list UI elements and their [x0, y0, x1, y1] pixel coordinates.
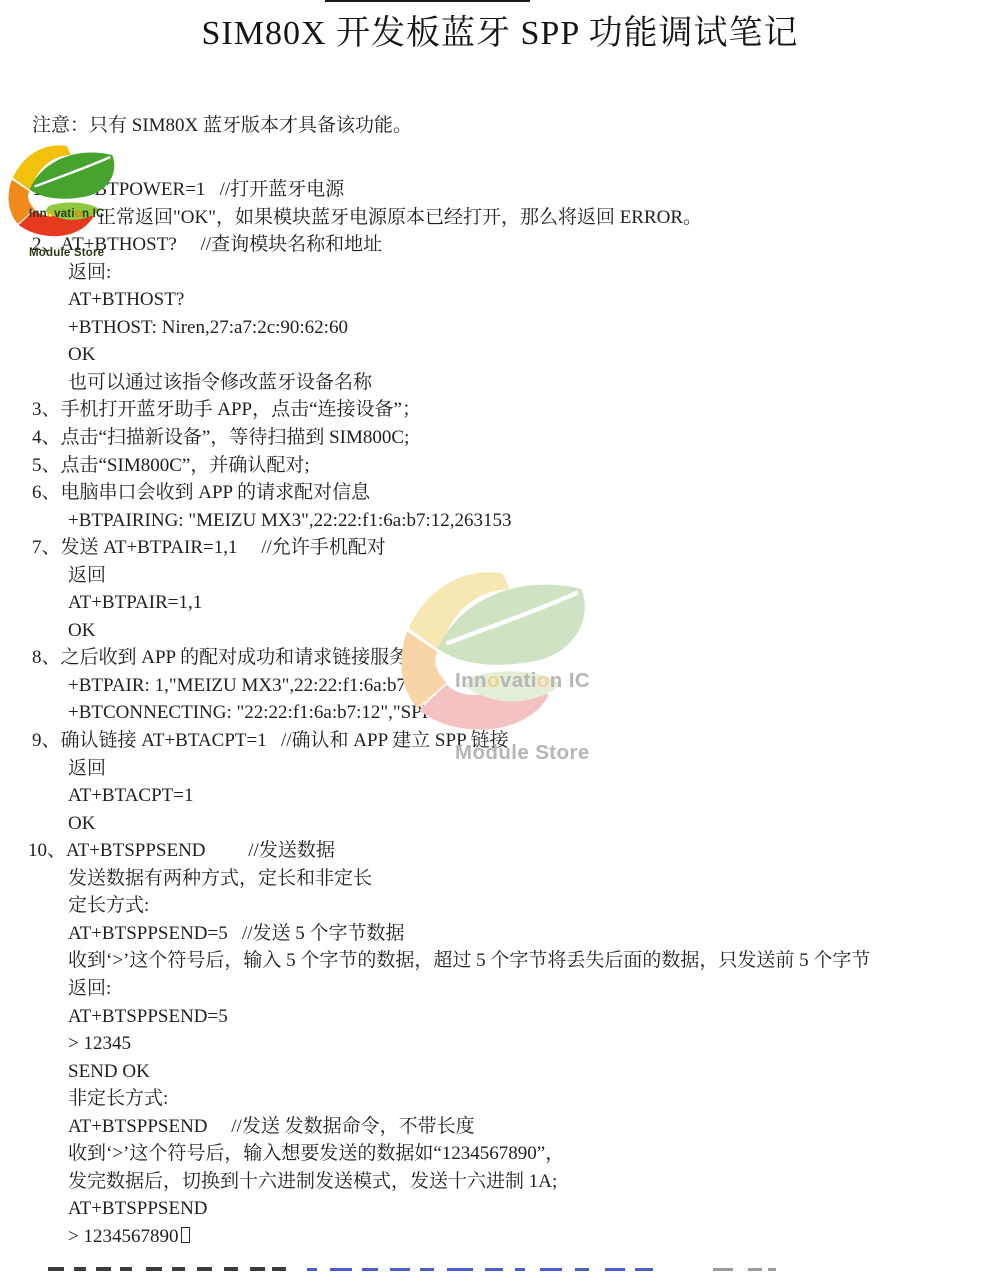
doc-line: 7、发送 AT+BTPAIR=1,1 //允许手机配对: [32, 534, 386, 561]
doc-line: SEND OK: [68, 1058, 150, 1085]
doc-line: 返回:: [68, 975, 111, 1002]
doc-line: 6、电脑串口会收到 APP 的请求配对信息: [32, 479, 370, 506]
doc-line: > 12345: [68, 1030, 131, 1057]
doc-line: 8、之后收到 APP 的配对成功和请求链接服务: [32, 644, 408, 671]
doc-line: 10、AT+BTSPPSEND //发送数据: [28, 837, 335, 864]
doc-line: 定长方式:: [68, 892, 149, 919]
page-title: SIM80X 开发板蓝牙 SPP 功能调试笔记: [0, 10, 1000, 58]
doc-line: OK: [68, 617, 95, 644]
doc-line: > 1234567890: [68, 1223, 190, 1250]
store-watermark-text: Innovation IC Module Store: [455, 621, 590, 789]
store-logo-text-line2: Module Store: [29, 247, 104, 260]
notice-line: 注意：只有 SIM80X 蓝牙版本才具备该功能。: [32, 112, 412, 140]
doc-line: 发送数据有两种方式，定长和非定长: [68, 865, 372, 892]
document-page: { "page": { "title": "SIM80X 开发板蓝牙 SPP 功…: [0, 0, 1000, 1275]
store-logo-text: Innovation IC Module Store: [29, 182, 104, 273]
doc-line: AT+BTHOST?: [68, 286, 184, 313]
doc-line: +BTHOST: Niren,27:a7:2c:90:62:60: [68, 314, 348, 341]
doc-line: 5、点击“SIM800C”，并确认配对;: [32, 452, 310, 479]
doc-line: 也可以通过该指令修改蓝牙设备名称: [68, 369, 372, 396]
doc-line: AT+BTACPT=1: [68, 782, 193, 809]
doc-line: 非定长方式:: [68, 1085, 168, 1112]
store-watermark-text-line2: Module Store: [455, 741, 590, 765]
doc-line: +BTPAIR: 1,"MEIZU MX3",22:22:f1:6a:b7:12: [68, 672, 430, 699]
store-watermark-text-line1: Innovation IC: [455, 669, 590, 693]
footer-clipped-line: [0, 1262, 1000, 1275]
doc-line: AT+BTSPPSEND=5: [68, 1003, 228, 1030]
doc-line: 返回: [68, 562, 106, 589]
doc-line: 返回: [68, 755, 106, 782]
doc-line: OK: [68, 341, 95, 368]
doc-line: OK: [68, 810, 95, 837]
page-top-rule: [325, 0, 530, 2]
doc-line: 收到‘>’这个符号后，输入 5 个字节的数据，超过 5 个字节将丢失后面的数据，…: [68, 947, 870, 974]
doc-line: AT+BTPAIR=1,1: [68, 589, 202, 616]
doc-line: 正常返回"OK"，如果模块蓝牙电源原本已经打开，那么将返回 ERROR。: [97, 204, 702, 231]
doc-line: +BTCONNECTING: "22:22:f1:6a:b7:12","SPP": [68, 699, 440, 726]
doc-line: 3、手机打开蓝牙助手 APP，点击“连接设备”；: [32, 396, 421, 423]
doc-line: AT+BTSPPSEND: [68, 1195, 208, 1222]
doc-line: AT+BTSPPSEND //发送 发数据命令，不带长度: [68, 1113, 475, 1140]
doc-line: AT+BTSPPSEND=5 //发送 5 个字节数据: [68, 920, 405, 947]
store-logo-text-line1: Innovation IC: [29, 208, 104, 221]
doc-line: 收到‘>’这个符号后，输入想要发送的数据如“1234567890”，: [68, 1140, 564, 1167]
doc-line: 发完数据后，切换到十六进制发送模式，发送十六进制 1A;: [68, 1168, 557, 1195]
doc-line: 4、点击“扫描新设备”，等待扫描到 SIM800C;: [32, 424, 409, 451]
doc-line: +BTPAIRING: "MEIZU MX3",22:22:f1:6a:b7:1…: [68, 507, 512, 534]
text-cursor-box: [181, 1227, 190, 1243]
